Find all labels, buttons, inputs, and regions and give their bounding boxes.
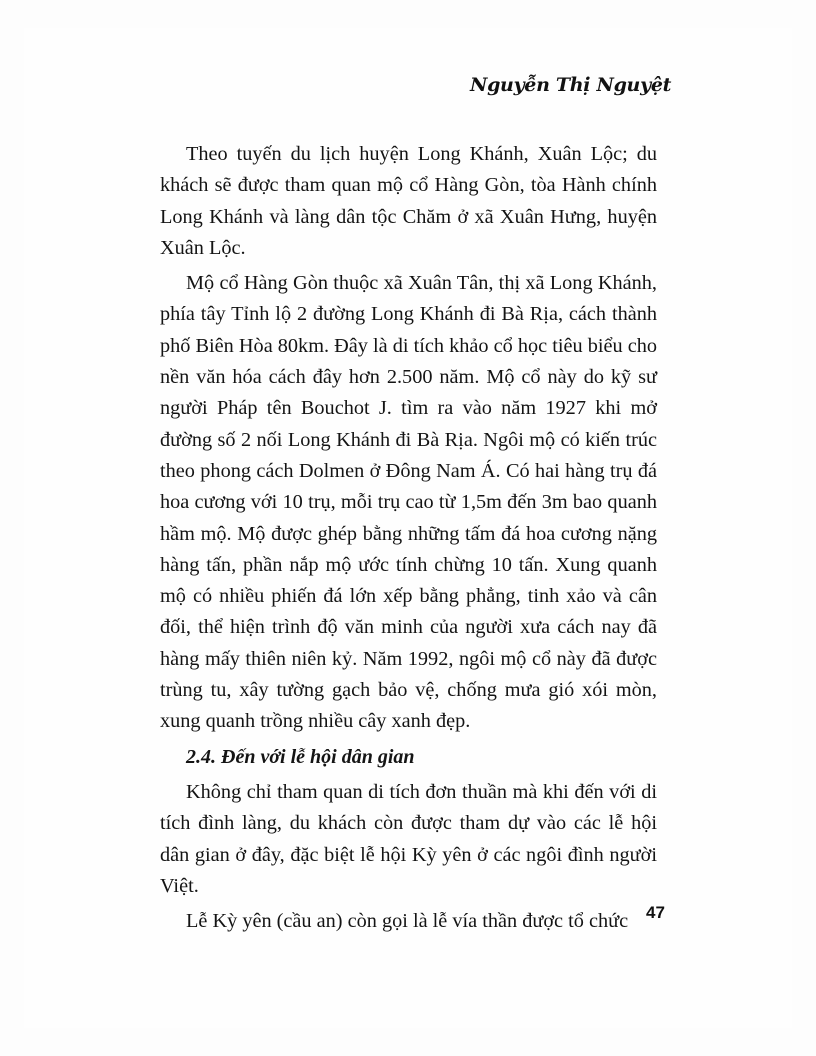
running-head-author: Nguyễn Thị Nguyệt <box>470 74 680 96</box>
paragraph-hang-gon-tomb: Mộ cổ Hàng Gòn thuộc xã Xuân Tân, thị xã… <box>160 268 657 737</box>
paragraph-folk-festivals: Không chỉ tham quan di tích đơn thuần mà… <box>160 777 657 902</box>
body-text: Theo tuyến du lịch huyện Long Khánh, Xuâ… <box>160 139 657 941</box>
paragraph-ky-yen: Lễ Kỳ yên (cầu an) còn gọi là lễ vía thầ… <box>160 906 657 937</box>
page-number: 47 <box>646 903 665 923</box>
paragraph-tour-route: Theo tuyến du lịch huyện Long Khánh, Xuâ… <box>160 139 657 264</box>
book-page: Nguyễn Thị Nguyệt Theo tuyến du lịch huy… <box>0 0 816 1056</box>
section-heading: 2.4. Đến với lễ hội dân gian <box>160 742 657 773</box>
